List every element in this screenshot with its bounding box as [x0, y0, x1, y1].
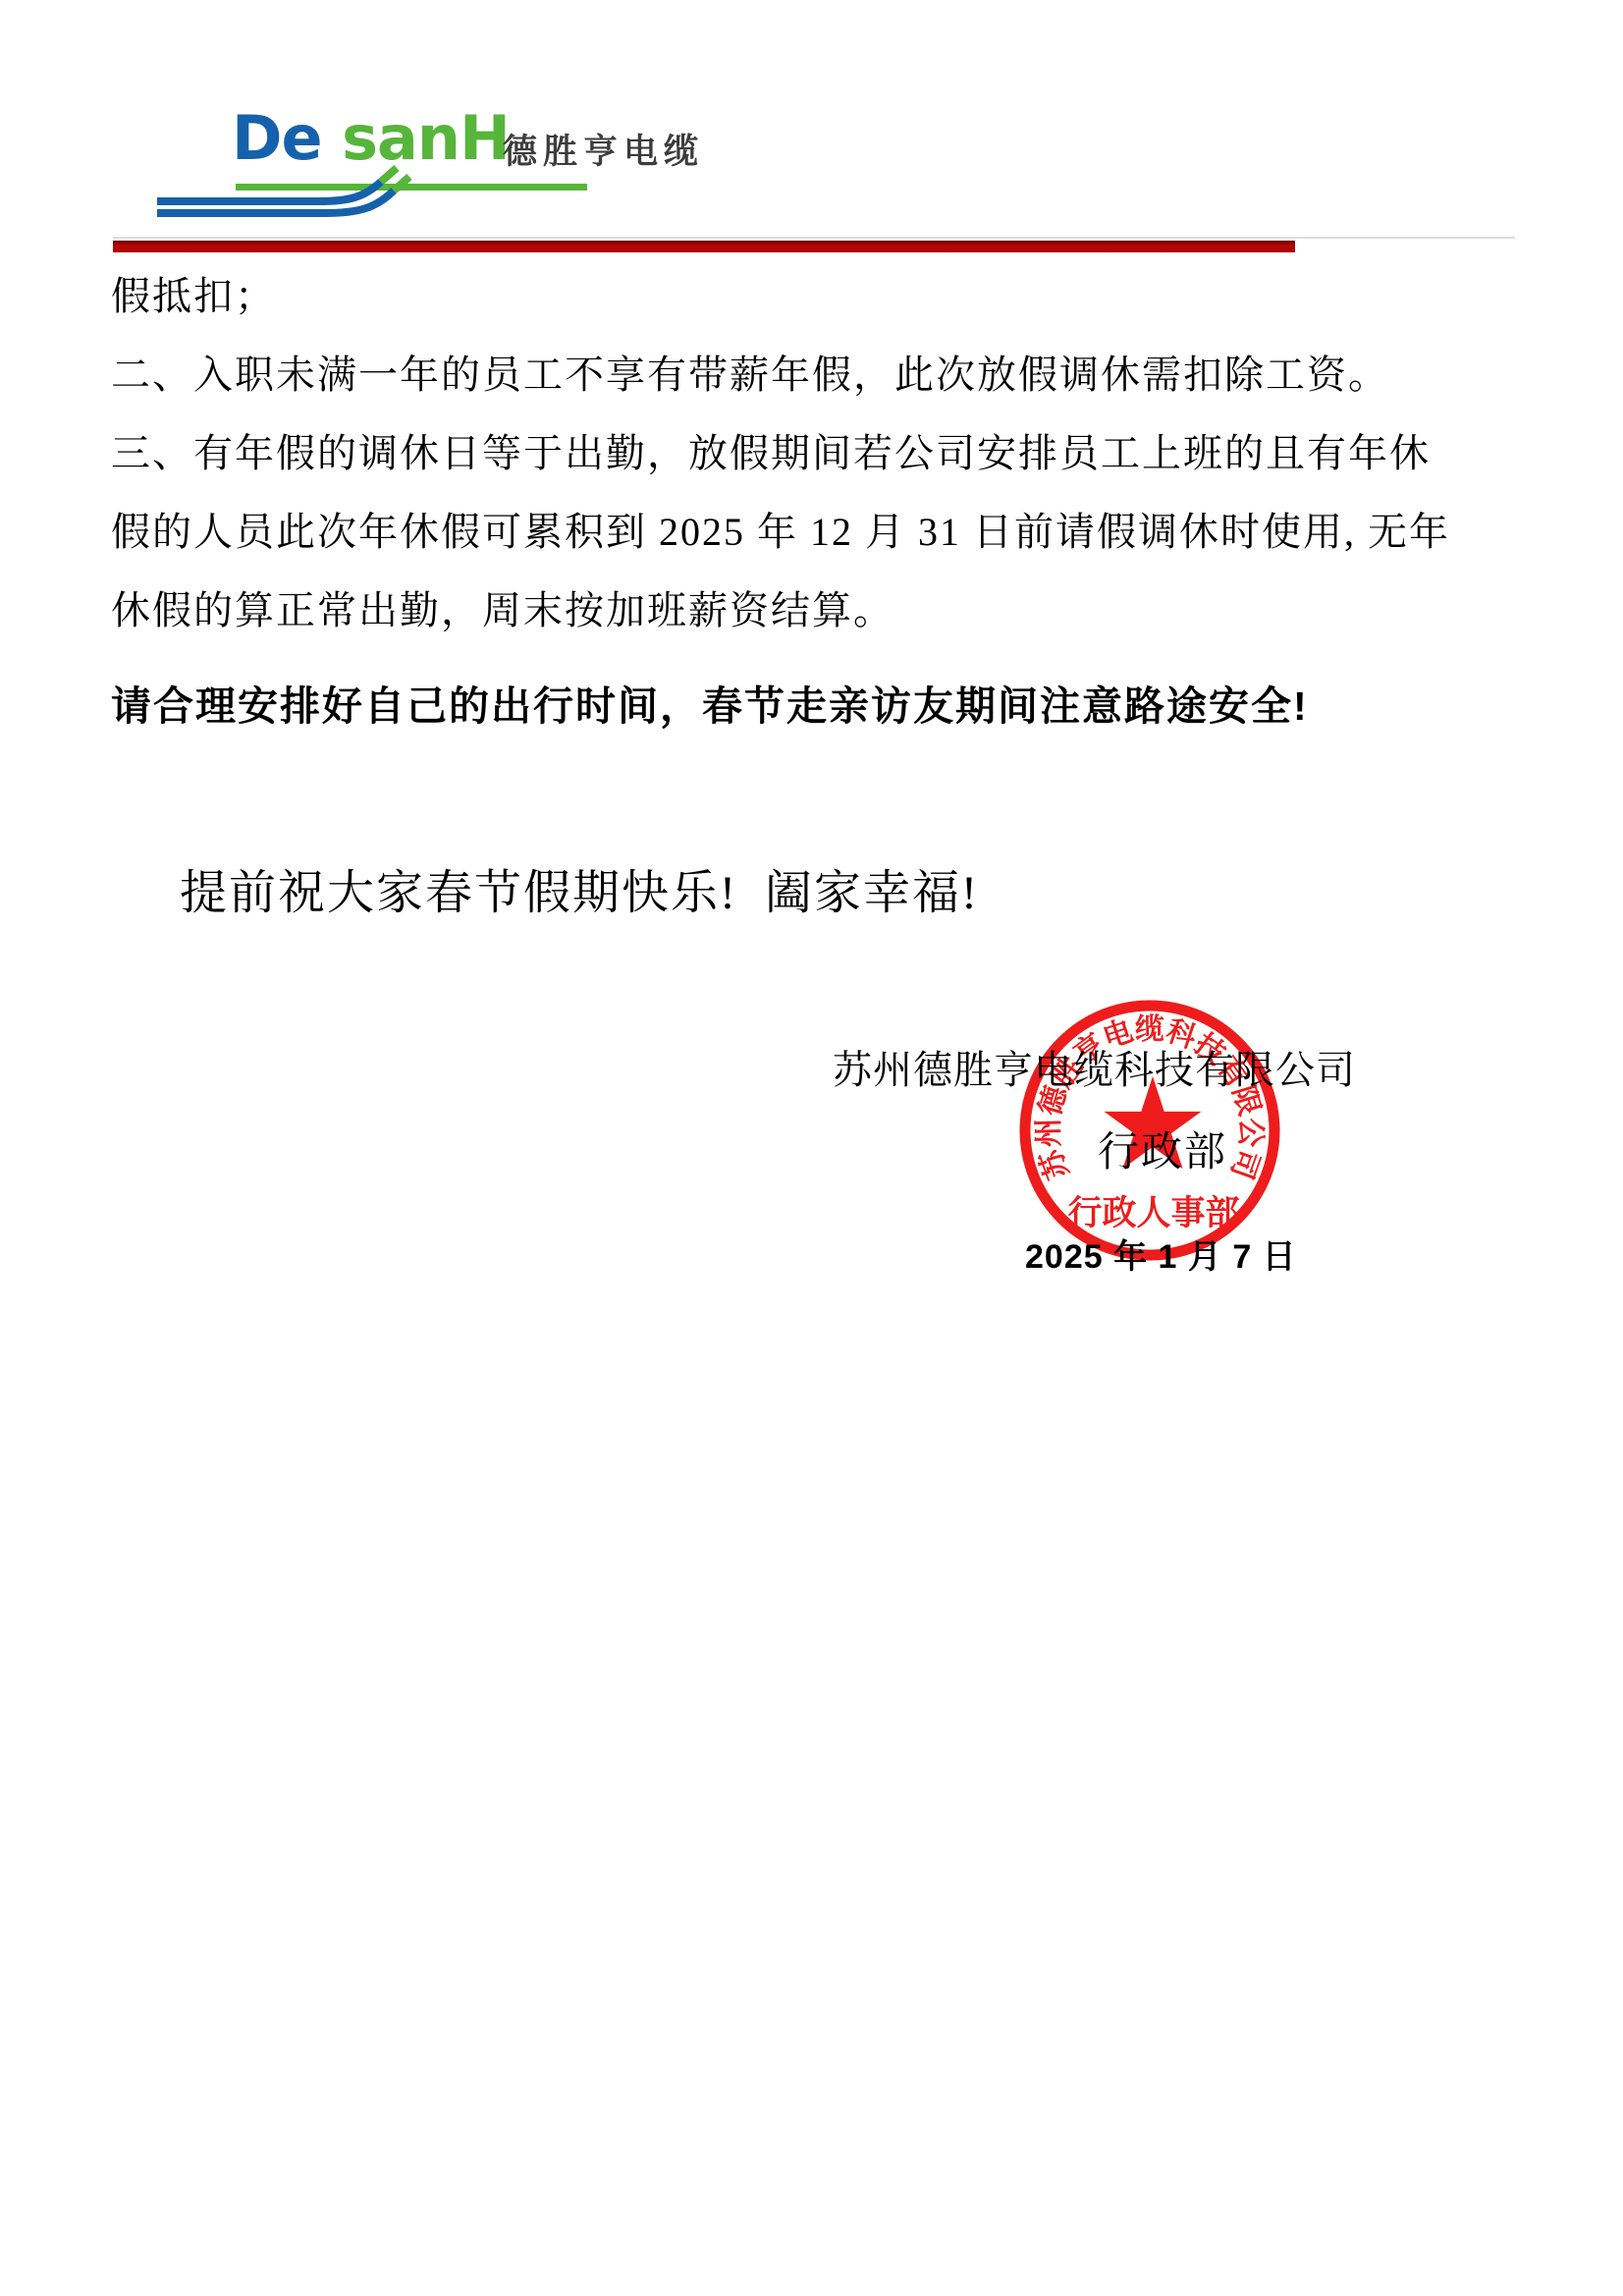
header-hairline: [113, 237, 1515, 239]
body-line-5: 休假的算正常出勤，周末按加班薪资结算。: [111, 587, 894, 634]
logo-swoosh-graphic: [147, 165, 619, 226]
desanh-wordmark: De sanH: [232, 104, 510, 174]
logo-green-rule: [236, 184, 587, 191]
company-seal-stamp: 苏州德胜亨电缆科技有限公司 行政人事部: [1002, 983, 1297, 1278]
logo-green-swoosh-tip-1: [381, 168, 397, 182]
body-line-4: 假的人员此次年休假可累积到 2025 年 12 月 31 日前请假调休时使用, …: [111, 509, 1450, 556]
wordmark-green-part: sanH: [342, 104, 510, 174]
document-page: De sanH 德胜亨电缆 假抵扣； 二、入职未满一年的员工不享有带薪年假，此次…: [0, 0, 1623, 2296]
body-line-1: 假抵扣；: [111, 273, 276, 320]
safety-reminder-line: 请合理安排好自己的出行时间，春节走亲访友期间注意路途安全!: [111, 674, 1309, 732]
seal-bottom-text: 行政人事部: [1067, 1194, 1239, 1232]
header-red-rule: [113, 241, 1295, 252]
body-line-3: 三、有年假的调休日等于出勤，放假期间若公司安排员工上班的且有年休: [111, 430, 1431, 477]
body-line-2: 二、入职未满一年的员工不享有带薪年假，此次放假调休需扣除工资。: [111, 352, 1389, 399]
wordmark-blue-part: De: [232, 104, 322, 174]
seal-star: [1105, 1076, 1202, 1169]
greeting-line: 提前祝大家春节假期快乐! 阖家幸福!: [180, 854, 979, 922]
